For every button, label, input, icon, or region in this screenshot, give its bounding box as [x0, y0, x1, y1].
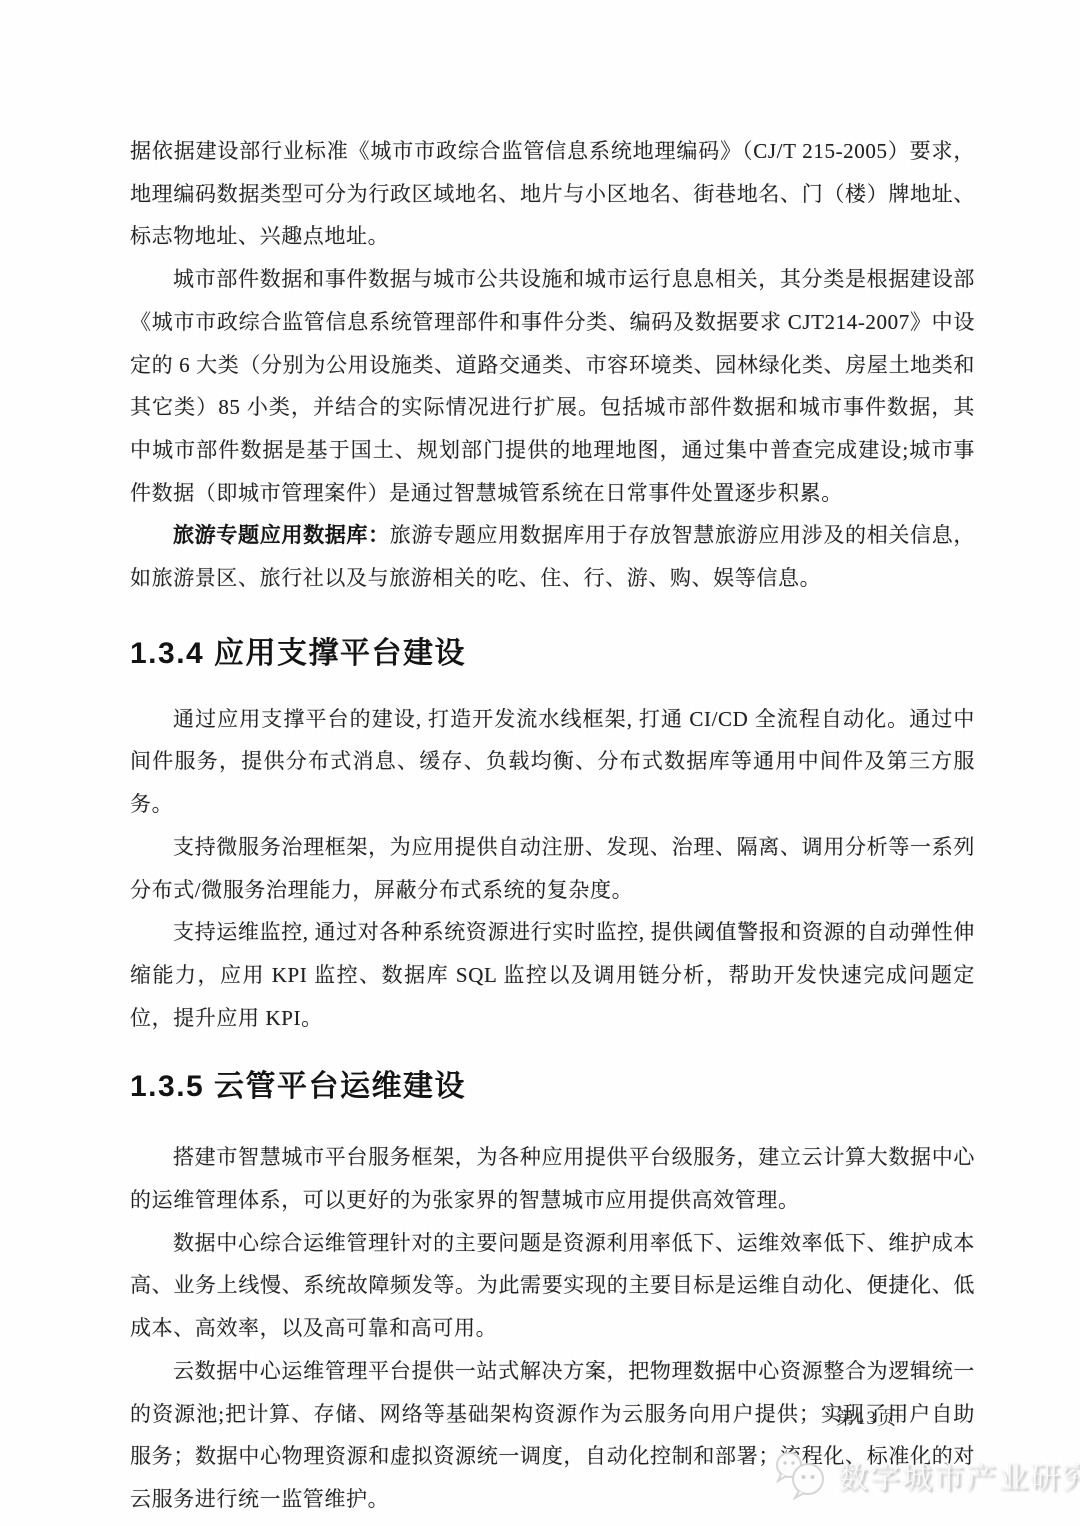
paragraph-operation-monitoring: 支持运维监控, 通过对各种系统资源进行实时监控, 提供阈值警报和资源的自动弹性伸… — [130, 911, 975, 1039]
section-heading-1-3-5: 1.3.5 云管平台运维建设 — [130, 1065, 975, 1109]
paragraph-datacenter-problems: 数据中心综合运维管理针对的主要问题是资源利用率低下、运维效率低下、维护成本高、业… — [130, 1222, 975, 1350]
paragraph-app-support-platform: 通过应用支撑平台的建设, 打造开发流水线框架, 打通 CI/CD 全流程自动化。… — [130, 698, 975, 826]
wechat-icon — [774, 1450, 830, 1500]
paragraph-tourism-database: 旅游专题应用数据库：旅游专题应用数据库用于存放智慧旅游应用涉及的相关信息，如旅游… — [130, 514, 975, 599]
paragraph-city-components-data: 城市部件数据和事件数据与城市公共设施和城市运行息息相关，其分类是根据建设部《城市… — [130, 258, 975, 514]
paragraph-microservice-governance: 支持微服务治理框架，为应用提供自动注册、发现、治理、隔离、调用分析等一系列分布式… — [130, 826, 975, 911]
paragraph-cloud-platform-framework: 搭建市智慧城市平台服务框架，为各种应用提供平台级服务，建立云计算大数据中心的运维… — [130, 1136, 975, 1221]
page-number: 第13页 — [836, 1404, 897, 1434]
section-heading-1-3-4: 1.3.4 应用支撑平台建设 — [130, 632, 975, 676]
watermark-badge: 数字城市产业研究 — [774, 1450, 1080, 1500]
paragraph-tourism-database-lead: 旅游专题应用数据库： — [173, 523, 390, 547]
paragraph-geocoding-continued: 据依据建设部行业标准《城市市政综合监管信息系统地理编码》（CJ/T 215-20… — [130, 130, 975, 258]
document-page: 据依据建设部行业标准《城市市政综合监管信息系统地理编码》（CJ/T 215-20… — [0, 0, 1080, 1526]
watermark-label: 数字城市产业研究 — [838, 1453, 1080, 1497]
document-content: 据依据建设部行业标准《城市市政综合监管信息系统地理编码》（CJ/T 215-20… — [130, 130, 975, 1521]
